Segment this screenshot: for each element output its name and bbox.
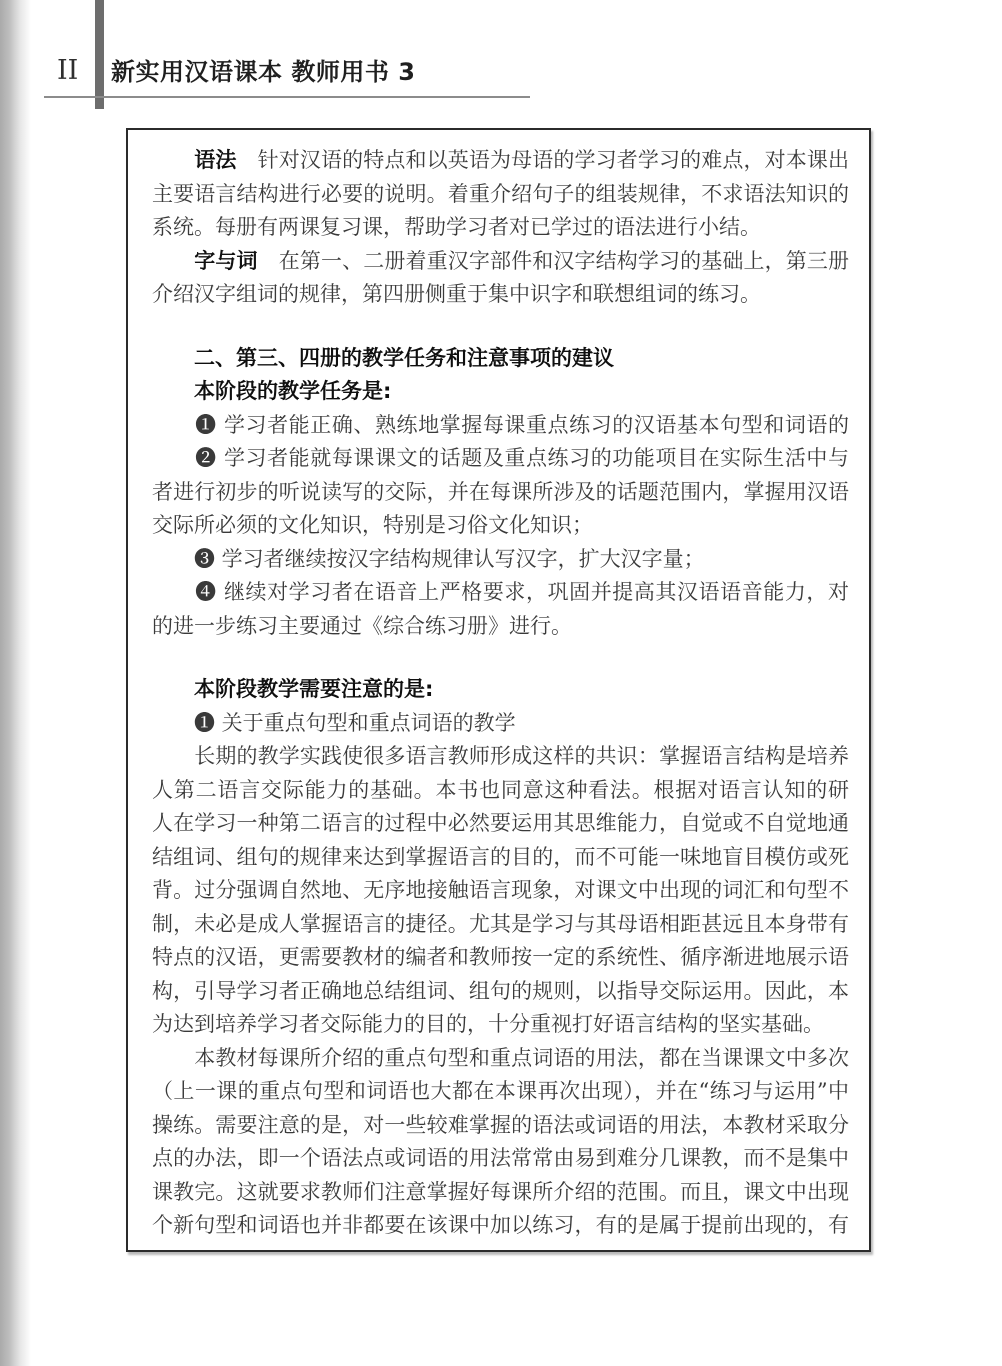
page-number: II bbox=[57, 56, 78, 86]
para-textbook-method: 本教材每课所介绍的重点句型和重点词语的用法，都在当课课文中多次重现（上一课的重点… bbox=[152, 1042, 849, 1243]
text-line: 点的办法，即一个语法点或词语的用法常常由易到难分几课教，而不是集中在一 bbox=[152, 1142, 849, 1176]
text-line: ❷ 学习者能就每课课文的话题及重点练习的功能项目在实际生活中与说汉语 bbox=[152, 442, 849, 476]
para-grammar: 语法 针对汉语的特点和以英语为母语的学习者学习的难点，对本课出现的主要语言结构进… bbox=[152, 144, 849, 245]
text-line: 语法 针对汉语的特点和以英语为母语的学习者学习的难点，对本课出现的 bbox=[152, 144, 849, 178]
text-line: 课教完。这就要求教师们注意掌握好每课所介绍的范围。而且，课文中出现的每 bbox=[152, 1176, 849, 1210]
text-line: 二、第三、四册的教学任务和注意事项的建议 bbox=[152, 342, 849, 376]
text-line: 结组词、组句的规律来达到掌握语言的目的，而不可能一味地盲目模仿或死记硬 bbox=[152, 841, 849, 875]
bold-label: 字与词 bbox=[194, 249, 257, 273]
subheading-notes: 本阶段教学需要注意的是: bbox=[152, 673, 849, 707]
text-line: 背。过分强调自然地、无序地接触语言现象，对课文中出现的词汇和句型不加控 bbox=[152, 874, 849, 908]
text-line: 人在学习一种第二语言的过程中必然要运用其思维能力，自觉或不自觉地通过总 bbox=[152, 807, 849, 841]
book-title: 新实用汉语课本 教师用书 3 bbox=[111, 58, 415, 86]
task-item-4: ❹ 继续对学习者在语音上严格要求，巩固并提高其汉语语音能力，对语音的进一步练习主… bbox=[152, 576, 849, 643]
task-item-1: ❶ 学习者能正确、熟练地掌握每课重点练习的汉语基本句型和词语的用法； bbox=[152, 409, 849, 443]
text-line: ❹ 继续对学习者在语音上严格要求，巩固并提高其汉语语音能力，对语音 bbox=[152, 576, 849, 610]
text-line: （上一课的重点句型和词语也大都在本课再次出现），并在“练习与运用”中反复 bbox=[152, 1075, 849, 1109]
text-line: 制，未必是成人掌握语言的捷径。尤其是学习与其母语相距甚远且本身带有很多 bbox=[152, 908, 849, 942]
text-line: 特点的汉语，更需要教材的编者和教师按一定的系统性、循序渐进地展示语言结 bbox=[152, 941, 849, 975]
text-line: 个新句型和词语也并非都要在该课中加以练习，有的是属于提前出现的，有的是 bbox=[152, 1209, 849, 1243]
header-vertical-bar bbox=[95, 0, 104, 109]
header-rule bbox=[44, 96, 530, 98]
text-line: 字与词 在第一、二册着重汉字部件和汉字结构学习的基础上，第三册主要 bbox=[152, 245, 849, 279]
text-body: 语法 针对汉语的特点和以英语为母语的学习者学习的难点，对本课出现的主要语言结构进… bbox=[126, 128, 871, 1252]
text-line: ❸ 学习者继续按汉字结构规律认写汉字，扩大汉字量； bbox=[152, 543, 849, 577]
text-line: 人第二语言交际能力的基础。本书也同意这种看法。根据对语言认知的研究，成 bbox=[152, 774, 849, 808]
para-characters-words: 字与词 在第一、二册着重汉字部件和汉字结构学习的基础上，第三册主要介绍汉字组词的… bbox=[152, 245, 849, 312]
task-item-2: ❷ 学习者能就每课课文的话题及重点练习的功能项目在实际生活中与说汉语者进行初步的… bbox=[152, 442, 849, 543]
text-line: ❶ 学习者能正确、熟练地掌握每课重点练习的汉语基本句型和词语的用法； bbox=[152, 409, 849, 443]
text-line: 为达到培养学习者交际能力的目的，十分重视打好语言结构的坚实基础。 bbox=[152, 1008, 849, 1042]
bold-label: 语法 bbox=[194, 148, 236, 172]
text-line: 介绍汉字组词的规律，第四册侧重于集中识字和联想组词的练习。 bbox=[152, 278, 849, 312]
text-line: 操练。需要注意的是，对一些较难掌握的语法或词语的用法，本教材采取分散难 bbox=[152, 1109, 849, 1143]
task-item-3: ❸ 学习者继续按汉字结构规律认写汉字，扩大汉字量； bbox=[152, 543, 849, 577]
page-gutter-shadow bbox=[0, 0, 32, 1366]
text-line: 构，引导学习者正确地总结组词、组句的规则，以指导交际运用。因此，本教材 bbox=[152, 975, 849, 1009]
subheading-tasks: 本阶段的教学任务是: bbox=[152, 375, 849, 409]
para-teaching-practice: 长期的教学实践使很多语言教师形成这样的共识：掌握语言结构是培养成人第二语言交际能… bbox=[152, 740, 849, 1042]
text-line: 本阶段教学需要注意的是: bbox=[152, 673, 849, 707]
text-line: 长期的教学实践使很多语言教师形成这样的共识：掌握语言结构是培养成 bbox=[152, 740, 849, 774]
note-item-1-title: ❶ 关于重点句型和重点词语的教学 bbox=[152, 707, 849, 741]
text-line: 者进行初步的听说读写的交际，并在每课所涉及的话题范围内，掌握用汉语进行 bbox=[152, 476, 849, 510]
text-line: ❶ 关于重点句型和重点词语的教学 bbox=[152, 707, 849, 741]
text-line: 的进一步练习主要通过《综合练习册》进行。 bbox=[152, 610, 849, 644]
section-heading: 二、第三、四册的教学任务和注意事项的建议 bbox=[152, 342, 849, 376]
text-line: 主要语言结构进行必要的说明。着重介绍句子的组装规律，不求语法知识的全面 bbox=[152, 178, 849, 212]
text-line: 本阶段的教学任务是: bbox=[152, 375, 849, 409]
text-line: 交际所必须的文化知识，特别是习俗文化知识； bbox=[152, 509, 849, 543]
text-line: 系统。每册有两课复习课，帮助学习者对已学过的语法进行小结。 bbox=[152, 211, 849, 245]
text-line: 本教材每课所介绍的重点句型和重点词语的用法，都在当课课文中多次重现 bbox=[152, 1042, 849, 1076]
